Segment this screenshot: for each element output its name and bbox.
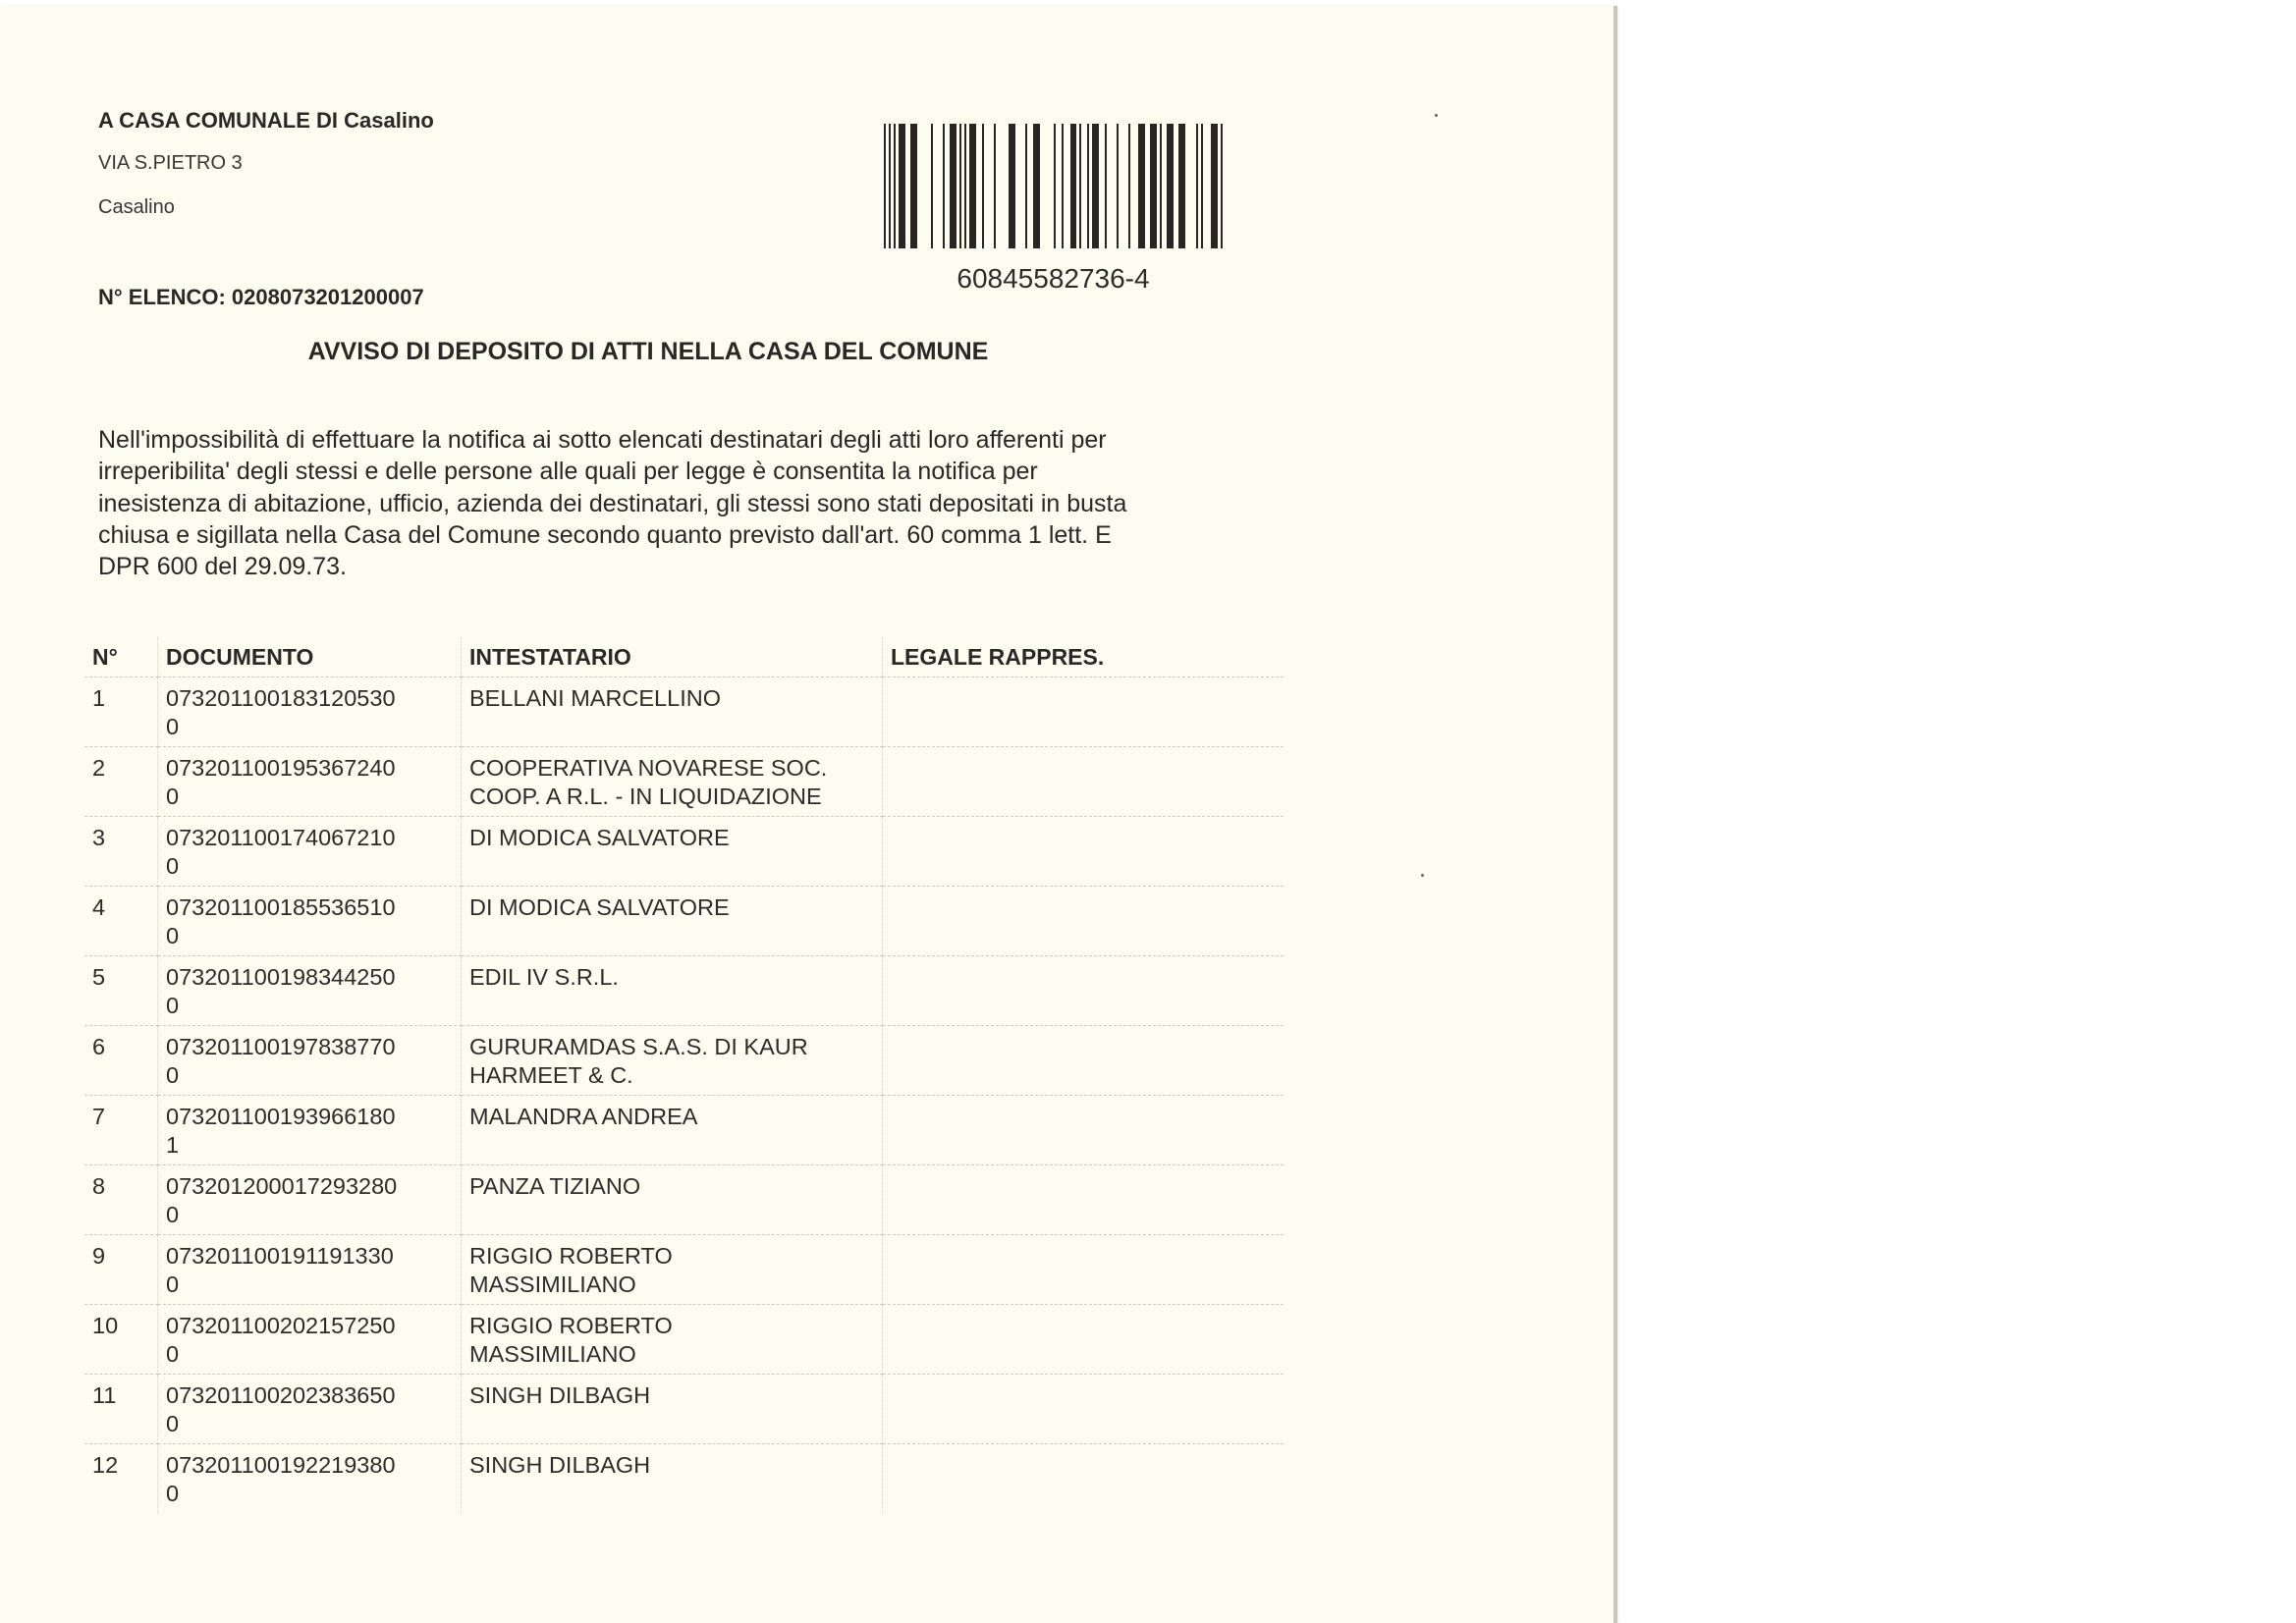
row-number: 11	[84, 1375, 158, 1444]
row-intestatario: PANZA TIZIANO	[462, 1165, 883, 1235]
row-number: 8	[84, 1165, 158, 1235]
row-number: 10	[84, 1305, 158, 1375]
paragraph-line: Nell'impossibilità di effettuare la noti…	[98, 424, 1277, 456]
row-intestatario: SINGH DILBAGH	[462, 1444, 883, 1514]
documento-line: 0	[166, 922, 461, 950]
document-title: AVVISO DI DEPOSITO DI ATTI NELLA CASA DE…	[0, 338, 1296, 366]
scan-speck	[1421, 874, 1424, 877]
row-intestatario: COOPERATIVA NOVARESE SOC.COOP. A R.L. - …	[462, 747, 883, 817]
row-number: 6	[84, 1026, 158, 1096]
row-documento: 0732011001911913300	[158, 1235, 462, 1305]
intestatario-line: MASSIMILIANO	[469, 1340, 882, 1369]
documento-line: 073201100198344250	[166, 963, 461, 992]
column-header-legale-rappres: LEGALE RAPPRES.	[883, 637, 1285, 677]
row-documento: 0732011001978387700	[158, 1026, 462, 1096]
column-header-documento: DOCUMENTO	[158, 637, 462, 677]
scan-speck	[1435, 114, 1438, 117]
row-legale-rappres	[883, 1444, 1285, 1514]
intestatario-line: DI MODICA SALVATORE	[469, 824, 882, 852]
intestatario-line: SINGH DILBAGH	[469, 1451, 882, 1480]
intestatario-line: RIGGIO ROBERTO	[469, 1242, 882, 1271]
row-legale-rappres	[883, 677, 1285, 747]
notice-paragraph: Nell'impossibilità di effettuare la noti…	[98, 424, 1277, 582]
row-intestatario: RIGGIO ROBERTOMASSIMILIANO	[462, 1305, 883, 1375]
intestatario-line: HARMEET & C.	[469, 1061, 882, 1090]
row-intestatario: EDIL IV S.R.L.	[462, 956, 883, 1026]
row-documento: 0732011001939661801	[158, 1096, 462, 1165]
documento-line: 0	[166, 1410, 461, 1438]
documento-line: 0	[166, 852, 461, 881]
row-number: 9	[84, 1235, 158, 1305]
documento-line: 0	[166, 1480, 461, 1508]
intestatario-line: PANZA TIZIANO	[469, 1172, 882, 1201]
row-legale-rappres	[883, 747, 1285, 817]
row-number: 5	[84, 956, 158, 1026]
documento-line: 1	[166, 1131, 461, 1160]
intestatario-line: EDIL IV S.R.L.	[469, 963, 882, 992]
table-row: 80732012000172932800PANZA TIZIANO	[84, 1165, 1284, 1235]
documento-line: 0	[166, 992, 461, 1020]
documento-line: 073201200017293280	[166, 1172, 461, 1201]
row-legale-rappres	[883, 817, 1285, 887]
intestatario-line: BELLANI MARCELLINO	[469, 684, 882, 713]
table-row: 110732011002023836500SINGH DILBAGH	[84, 1375, 1284, 1444]
barcode-number: 60845582736-4	[884, 263, 1223, 295]
recipient-address: VIA S.PIETRO 3	[98, 152, 243, 175]
table-row: 60732011001978387700GURURAMDAS S.A.S. DI…	[84, 1026, 1284, 1096]
paragraph-line: chiusa e sigillata nella Casa del Comune…	[98, 519, 1277, 551]
row-intestatario: GURURAMDAS S.A.S. DI KAURHARMEET & C.	[462, 1026, 883, 1096]
paragraph-line: DPR 600 del 29.09.73.	[98, 551, 1277, 582]
documento-line: 0	[166, 1340, 461, 1369]
row-legale-rappres	[883, 1026, 1285, 1096]
recipient-city: Casalino	[98, 196, 175, 219]
row-documento: 0732011001983442500	[158, 956, 462, 1026]
documento-line: 0	[166, 783, 461, 811]
row-number: 4	[84, 887, 158, 956]
intestatario-line: RIGGIO ROBERTO	[469, 1312, 882, 1340]
documento-line: 0	[166, 1271, 461, 1299]
intestatario-line: MALANDRA ANDREA	[469, 1103, 882, 1131]
row-legale-rappres	[883, 1096, 1285, 1165]
row-intestatario: DI MODICA SALVATORE	[462, 817, 883, 887]
column-header-number: N°	[84, 637, 158, 677]
row-documento: 0732011001740672100	[158, 817, 462, 887]
elenco-number: N° ELENCO: 0208073201200007	[98, 285, 424, 310]
intestatario-line: SINGH DILBAGH	[469, 1381, 882, 1410]
documento-line: 0	[166, 1061, 461, 1090]
row-number: 12	[84, 1444, 158, 1514]
documento-line: 073201100191191330	[166, 1242, 461, 1271]
intestatario-line: MASSIMILIANO	[469, 1271, 882, 1299]
documento-line: 0	[166, 1201, 461, 1229]
row-number: 7	[84, 1096, 158, 1165]
row-documento: 0732011001922193800	[158, 1444, 462, 1514]
table-header-row: N° DOCUMENTO INTESTATARIO LEGALE RAPPRES…	[84, 637, 1284, 677]
row-intestatario: MALANDRA ANDREA	[462, 1096, 883, 1165]
row-documento: 0732011002023836500	[158, 1375, 462, 1444]
documento-line: 073201100193966180	[166, 1103, 461, 1131]
table-row: 90732011001911913300RIGGIO ROBERTOMASSIM…	[84, 1235, 1284, 1305]
table-row: 50732011001983442500EDIL IV S.R.L.	[84, 956, 1284, 1026]
documento-line: 073201100202383650	[166, 1381, 461, 1410]
documento-line: 073201100174067210	[166, 824, 461, 852]
row-intestatario: DI MODICA SALVATORE	[462, 887, 883, 956]
documento-line: 073201100185536510	[166, 893, 461, 922]
row-legale-rappres	[883, 1235, 1285, 1305]
intestatario-line: COOP. A R.L. - IN LIQUIDAZIONE	[469, 783, 882, 811]
row-legale-rappres	[883, 887, 1285, 956]
row-legale-rappres	[883, 1165, 1285, 1235]
row-documento: 0732011001831205300	[158, 677, 462, 747]
documento-line: 073201100183120530	[166, 684, 461, 713]
documento-line: 0	[166, 713, 461, 741]
barcode-icon	[884, 124, 1223, 248]
table-row: 10732011001831205300BELLANI MARCELLINO	[84, 677, 1284, 747]
documento-line: 073201100197838770	[166, 1033, 461, 1061]
recipient-name: A CASA COMUNALE DI Casalino	[98, 108, 434, 134]
row-number: 3	[84, 817, 158, 887]
row-legale-rappres	[883, 956, 1285, 1026]
documento-line: 073201100195367240	[166, 754, 461, 783]
row-documento: 0732011002021572500	[158, 1305, 462, 1375]
paragraph-line: inesistenza di abitazione, ufficio, azie…	[98, 488, 1277, 519]
intestatario-line: DI MODICA SALVATORE	[469, 893, 882, 922]
table-row: 40732011001855365100DI MODICA SALVATORE	[84, 887, 1284, 956]
table-row: 20732011001953672400COOPERATIVA NOVARESE…	[84, 747, 1284, 817]
documento-line: 073201100192219380	[166, 1451, 461, 1480]
table-row: 30732011001740672100DI MODICA SALVATORE	[84, 817, 1284, 887]
row-number: 1	[84, 677, 158, 747]
intestatario-line: GURURAMDAS S.A.S. DI KAUR	[469, 1033, 882, 1061]
row-number: 2	[84, 747, 158, 817]
documento-line: 073201100202157250	[166, 1312, 461, 1340]
row-intestatario: RIGGIO ROBERTOMASSIMILIANO	[462, 1235, 883, 1305]
paragraph-line: irreperibilita' degli stessi e delle per…	[98, 456, 1277, 487]
row-intestatario: SINGH DILBAGH	[462, 1375, 883, 1444]
row-intestatario: BELLANI MARCELLINO	[462, 677, 883, 747]
scanned-page: A CASA COMUNALE DI Casalino VIA S.PIETRO…	[0, 6, 1617, 1623]
table-row: 70732011001939661801MALANDRA ANDREA	[84, 1096, 1284, 1165]
table-row: 120732011001922193800SINGH DILBAGH	[84, 1444, 1284, 1514]
row-documento: 0732011001953672400	[158, 747, 462, 817]
row-legale-rappres	[883, 1305, 1285, 1375]
row-documento: 0732011001855365100	[158, 887, 462, 956]
deposit-table: N° DOCUMENTO INTESTATARIO LEGALE RAPPRES…	[84, 637, 1284, 1514]
row-legale-rappres	[883, 1375, 1285, 1444]
intestatario-line: COOPERATIVA NOVARESE SOC.	[469, 754, 882, 783]
row-documento: 0732012000172932800	[158, 1165, 462, 1235]
column-header-intestatario: INTESTATARIO	[462, 637, 883, 677]
table-row: 100732011002021572500RIGGIO ROBERTOMASSI…	[84, 1305, 1284, 1375]
